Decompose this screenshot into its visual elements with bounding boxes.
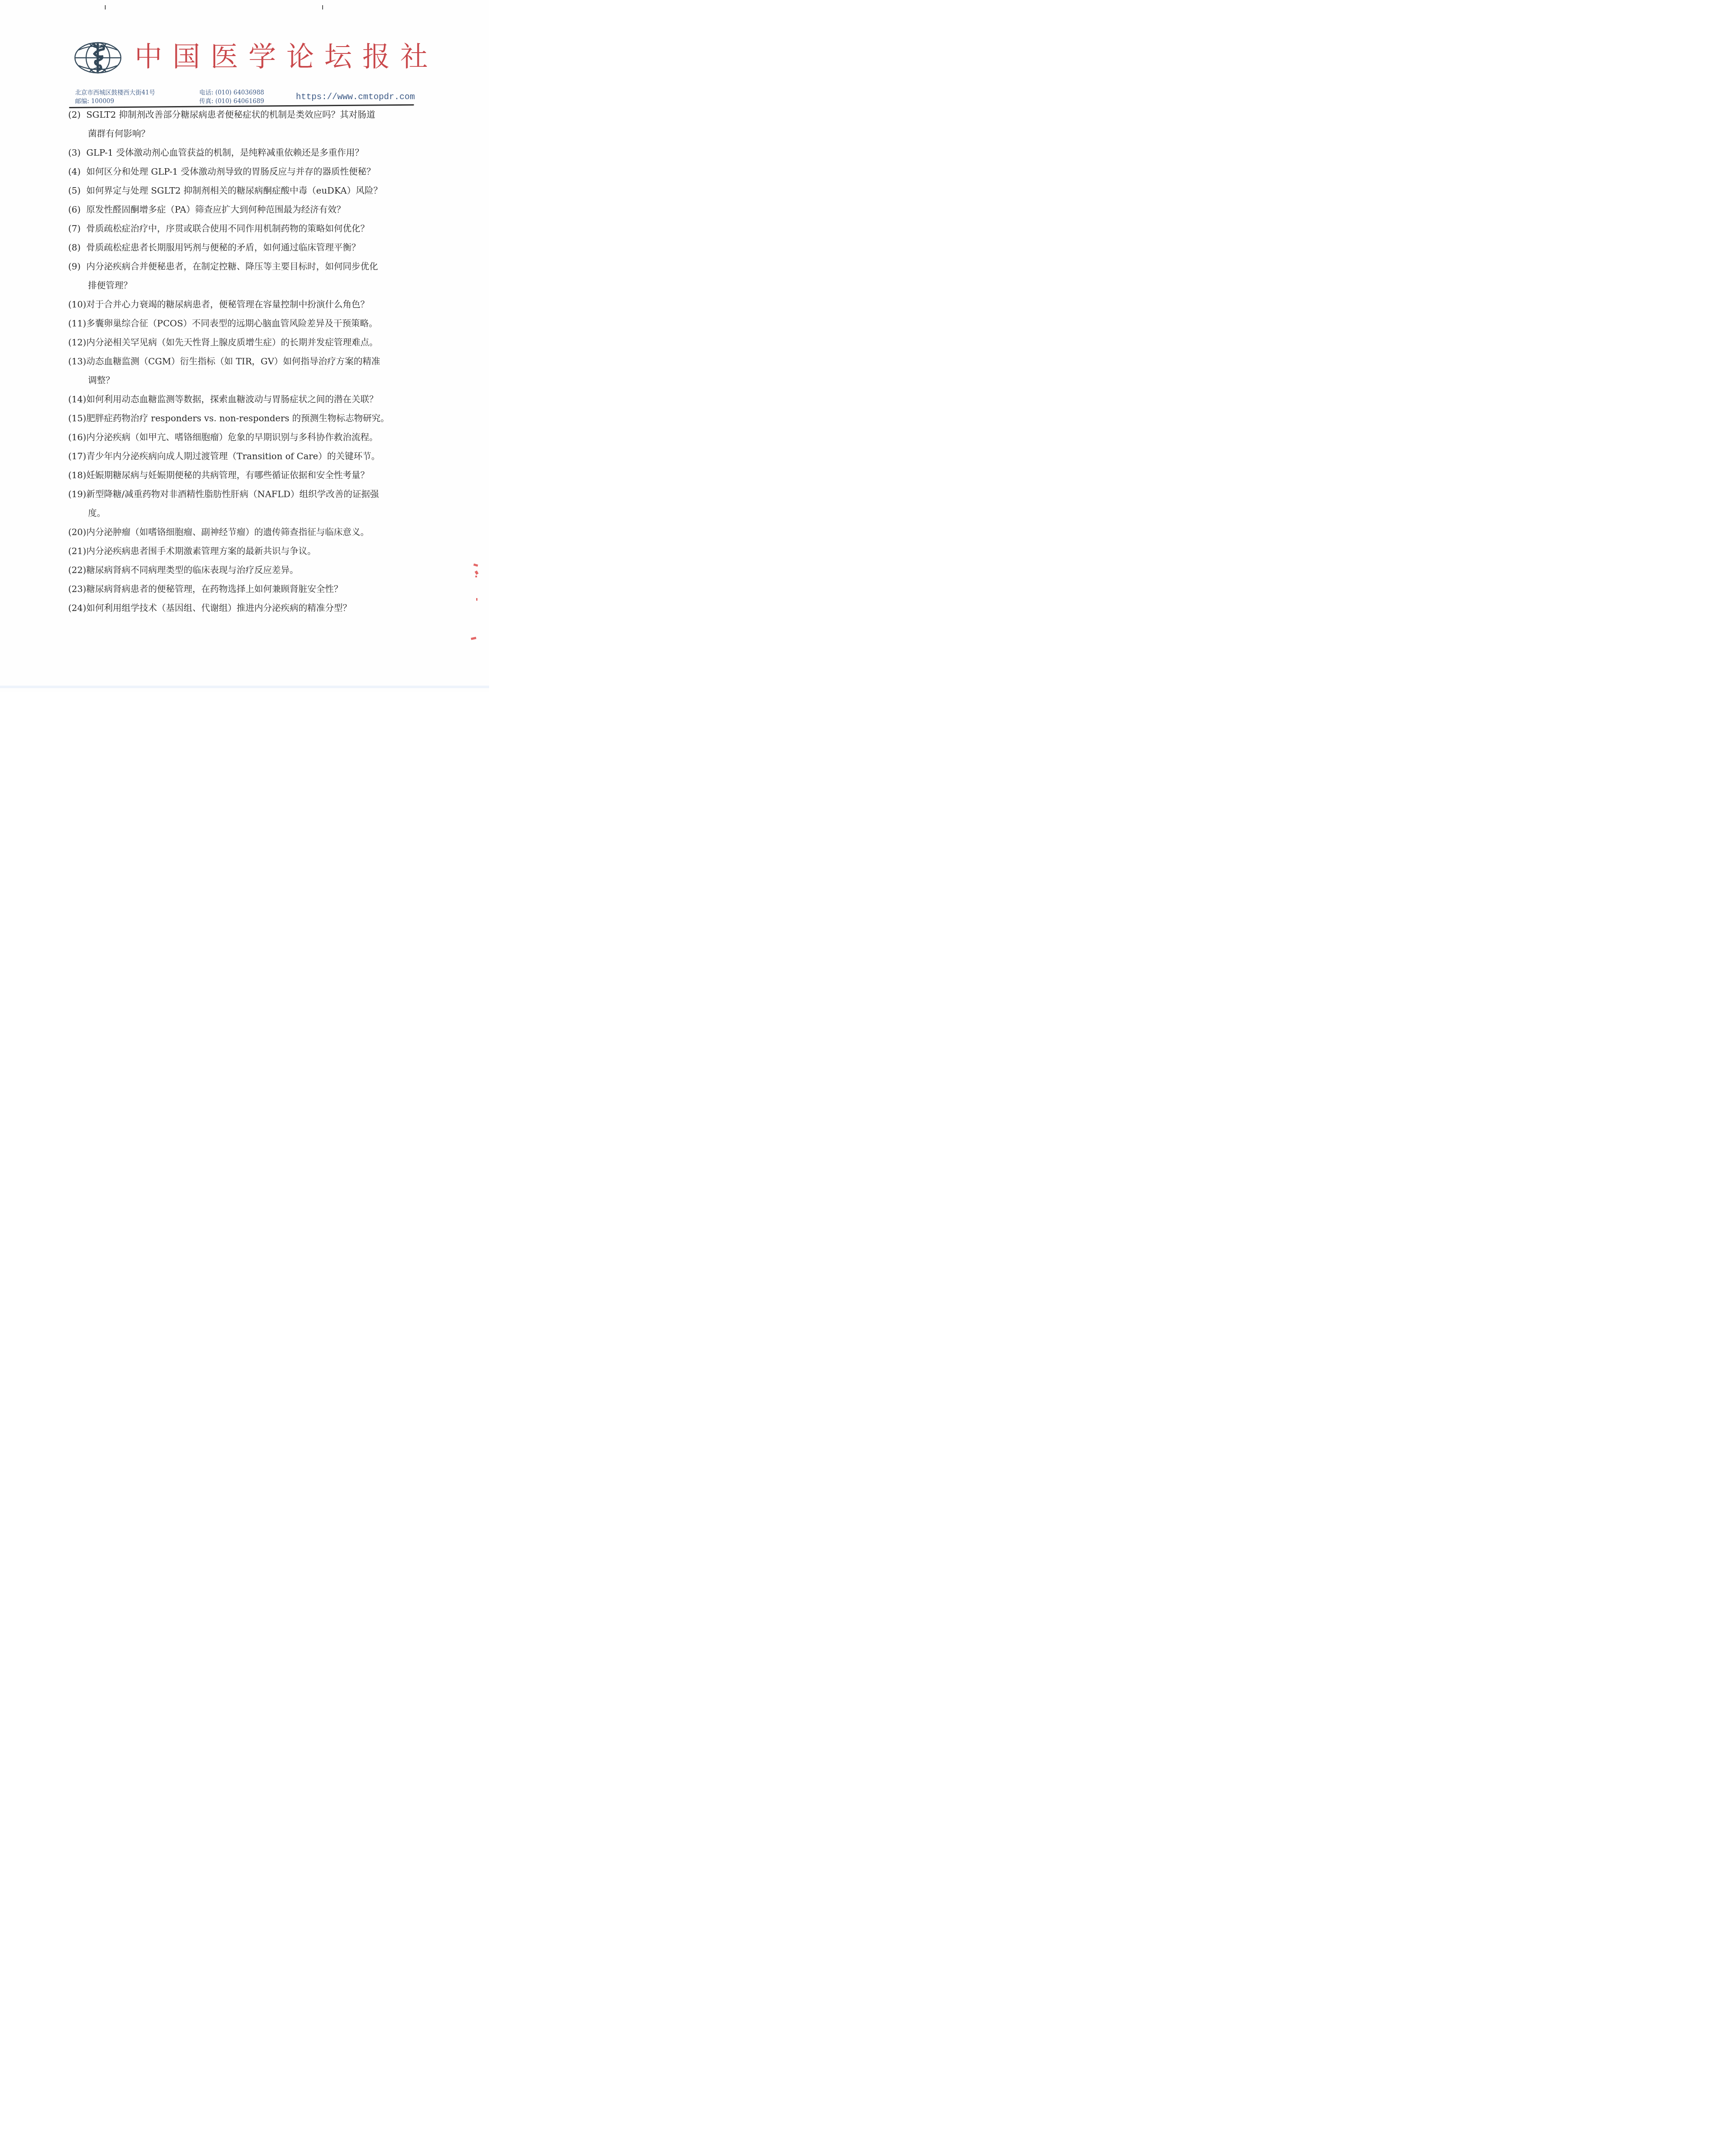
list-item: (6)原发性醛固酮增多症（PA）筛查应扩大到何种范围最为经济有效？: [68, 204, 345, 216]
list-item: (11)多囊卵巢综合征（PCOS）不同表型的远期心脑血管风险差异及干预策略。: [68, 317, 377, 329]
address-text: 北京市西城区鼓楼西大街41号: [75, 88, 155, 97]
seal-fragment: [474, 564, 478, 567]
list-item: (13)动态血糖监测（CGM）衍生指标（如 TIR，GV）如何指导治疗方案的精准: [68, 355, 380, 367]
list-item: (9)内分泌疾病合并便秘患者，在制定控糖、降压等主要目标时，如何同步优化: [68, 260, 378, 273]
list-item: (15)肥胖症药物治疗 responders vs. non-responder…: [68, 412, 389, 424]
list-item: (24)如何利用组学技术（基因组、代谢组）推进内分泌疾病的精准分型？: [68, 602, 352, 614]
list-item: (17)青少年内分泌疾病向成人期过渡管理（Transition of Care）…: [68, 450, 380, 462]
list-item-continuation: 度。: [88, 507, 106, 519]
seal-fragment: [474, 570, 478, 575]
phone-label: 电话:: [199, 89, 213, 96]
phone-fax-block: 电话: (010) 64036988 传真: (010) 64061689: [199, 88, 264, 106]
list-item-continuation: 排便管理？: [88, 279, 132, 291]
seal-fragment: [475, 576, 477, 577]
list-item: (18)妊娠期糖尿病与妊娠期便秘的共病管理，有哪些循证依据和安全性考量？: [68, 469, 369, 481]
list-item: (5)如何界定与处理 SGLT2 抑制剂相关的糖尿病酮症酸中毒（euDKA）风险…: [68, 185, 382, 197]
list-item: (14)如何利用动态血糖监测等数据，探索血糖波动与胃肠症状之间的潜在关联？: [68, 393, 378, 405]
list-item: (21)内分泌疾病患者围手术期激素管理方案的最新共识与争议。: [68, 545, 316, 557]
binding-mark: [322, 5, 323, 9]
list-item: (2)SGLT2 抑制剂改善部分糖尿病患者便秘症状的机制是类效应吗？其对肠道: [68, 109, 375, 121]
fax-label: 传真:: [199, 98, 213, 105]
scan-edge: [0, 686, 489, 688]
document-page: 中国医学论坛报社 北京市西城区鼓楼西大街41号 邮编: 100009 电话: (…: [0, 0, 489, 692]
list-item: (7)骨质疏松症治疗中，序贯或联合使用不同作用机制药物的策略如何优化？: [68, 222, 369, 235]
list-item: (8)骨质疏松症患者长期服用钙剂与便秘的矛盾，如何通过临床管理平衡？: [68, 241, 361, 254]
phone-value: (010) 64036988: [215, 89, 264, 96]
list-item: (12)内分泌相关罕见病（如先天性肾上腺皮质增生症）的长期并发症管理难点。: [68, 336, 378, 348]
postcode-value: 100009: [91, 98, 114, 105]
postcode-label: 邮编:: [75, 98, 89, 105]
globe-caduceus-logo-icon: [72, 41, 123, 74]
list-item: (16)内分泌疾病（如甲亢、嗜铬细胞瘤）危象的早期识别与多科协作救治流程。: [68, 431, 378, 443]
list-item: (22)糖尿病肾病不同病理类型的临床表现与治疗反应差异。: [68, 564, 298, 576]
list-item: (3)GLP-1 受体激动剂心血管获益的机制，是纯粹减重依赖还是多重作用？: [68, 147, 364, 159]
fax-value: (010) 64061689: [215, 98, 264, 105]
list-item: (4)如何区分和处理 GLP-1 受体激动剂导致的胃肠反应与并存的器质性便秘？: [68, 166, 375, 178]
organization-masthead: 中国医学论坛报社: [135, 40, 438, 74]
list-item: (19)新型降糖/减重药物对非酒精性脂肪性肝病（NAFLD）组织学改善的证据强: [68, 488, 379, 500]
list-item: (10)对于合并心力衰竭的糖尿病患者，便秘管理在容量控制中扮演什么角色？: [68, 298, 369, 310]
seal-fragment: [476, 598, 477, 601]
list-item: (23)糖尿病肾病患者的便秘管理，在药物选择上如何兼顾肾脏安全性？: [68, 583, 343, 595]
list-item-continuation: 菌群有何影响？: [88, 128, 150, 140]
seal-fragment: [471, 637, 477, 640]
binding-mark: [105, 5, 106, 9]
list-item-continuation: 调整？: [88, 374, 115, 386]
website-url: https://www.cmtopdr.com: [296, 92, 415, 102]
list-item: (20)内分泌肿瘤（如嗜铬细胞瘤、副神经节瘤）的遗传筛查指征与临床意义。: [68, 526, 369, 538]
address-block: 北京市西城区鼓楼西大街41号 邮编: 100009: [75, 88, 155, 106]
